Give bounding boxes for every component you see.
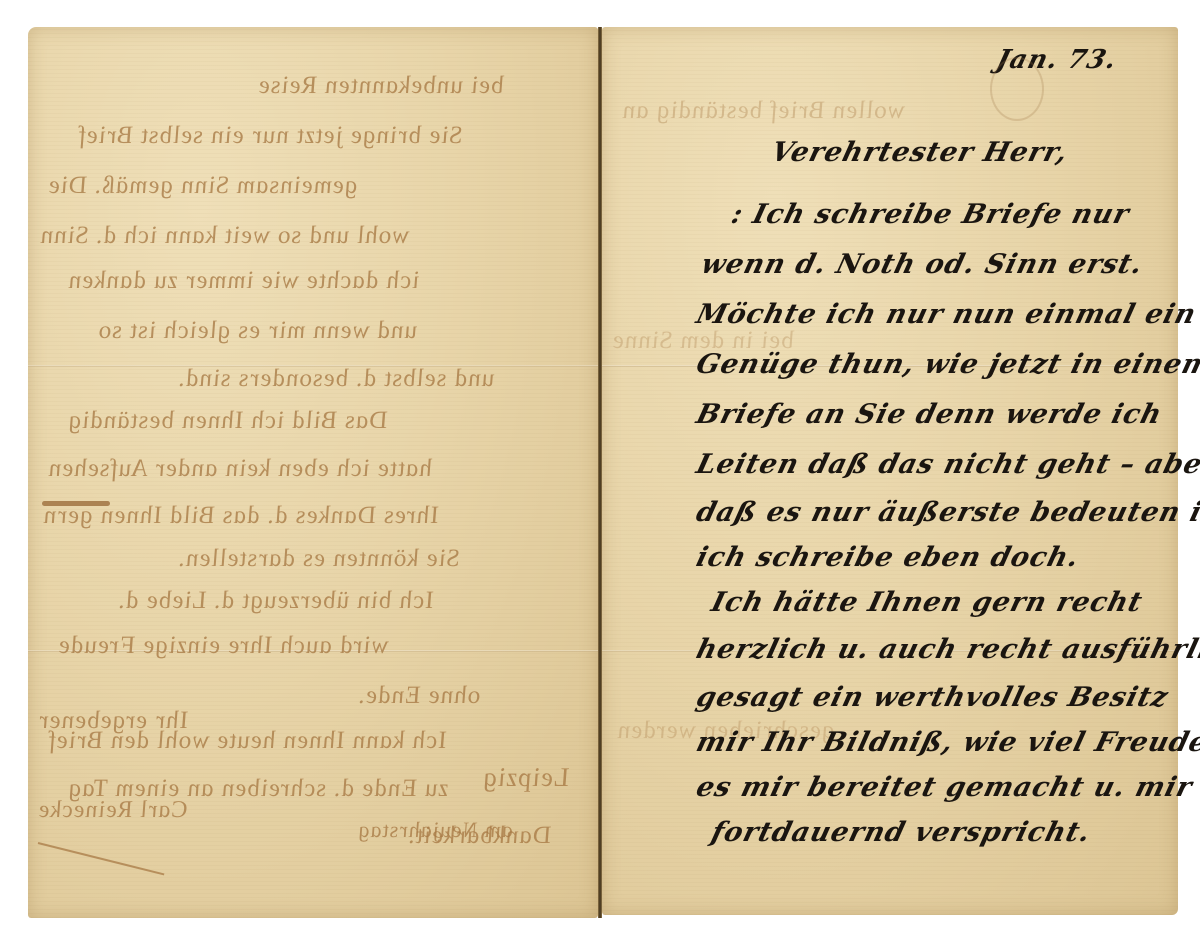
left-page: bei unbekannten Reise Sie bringe jetzt n…: [28, 27, 598, 918]
paper-stain: [990, 57, 1044, 121]
bleed-line: wird auch Ihre einzige Freude: [55, 632, 392, 660]
body-line: Leiten daß das nicht geht – aber: [693, 449, 1200, 480]
bleed-line: hatte ich eben kein ander Aufsehen: [45, 455, 436, 483]
body-line: Möchte ich nur nun einmal ein: [693, 299, 1200, 330]
bleed-line: und wenn mir es gleich ist so: [95, 317, 421, 345]
bleed-line: wohl und so weit kann ich d. Sinn: [37, 222, 413, 250]
body-line: Briefe an Sie denn werde ich: [693, 399, 1165, 430]
body-line: mir Ihr Bildniß, wie viel Freude: [693, 727, 1200, 758]
body-line: es mir bereitet gemacht u. mir: [693, 772, 1196, 803]
bleed-line: gemeinsam Sinn gemäß. Die: [45, 172, 362, 200]
body-line: Genüge thun, wie jetzt in einem: [693, 349, 1200, 380]
body-line: fortdauernd verspricht.: [708, 817, 1094, 848]
bleed-line: ohne Ende.: [355, 682, 484, 710]
signature: Carl Reinecke: [35, 797, 191, 824]
bleed-line: ich dachte wie immer zu danken: [65, 267, 423, 295]
body-line: daß es nur äußerste bedeuten ist: [693, 497, 1200, 528]
bleed-line: Sie könnten es darstellen.: [175, 545, 463, 573]
body-line: wenn d. Noth od. Sinn erst.: [698, 249, 1146, 280]
bleed-line: und selbst d. besonders sind.: [175, 365, 498, 393]
signature-flourish: [38, 842, 165, 875]
date-line: am Neujahrstag: [355, 817, 517, 843]
place-line: Leipzig: [479, 762, 573, 793]
body-line: : Ich schreibe Briefe nur: [728, 199, 1133, 230]
bleed-line: Das Bild ich Ihnen beständig: [65, 407, 392, 435]
bleed-line: wollen Brief beständig an: [619, 97, 909, 125]
strike-mark: [42, 501, 110, 506]
body-line: Ich hätte Ihnen gern recht: [708, 587, 1146, 618]
closing-line: Ihr ergebener: [35, 707, 192, 735]
body-line: ich schreibe eben doch.: [693, 542, 1082, 573]
body-line: herzlich u. auch recht ausführlich: [693, 634, 1200, 665]
bleed-line: Sie bringe jetzt nur ein selbst Brief: [75, 122, 466, 150]
body-line: gesagt ein werthvolles Besitz: [693, 682, 1172, 713]
bleed-line: bei unbekannten Reise: [255, 72, 508, 100]
bleed-line: Ihres Dankes d. das Bild Ihnen gern: [40, 502, 443, 530]
right-page: wollen Brief beständig an bei in dem Sin…: [602, 27, 1178, 915]
salutation: Verehrtester Herr,: [768, 137, 1071, 168]
bleed-line: Ich bin überzeugt d. Liebe d.: [115, 587, 438, 615]
